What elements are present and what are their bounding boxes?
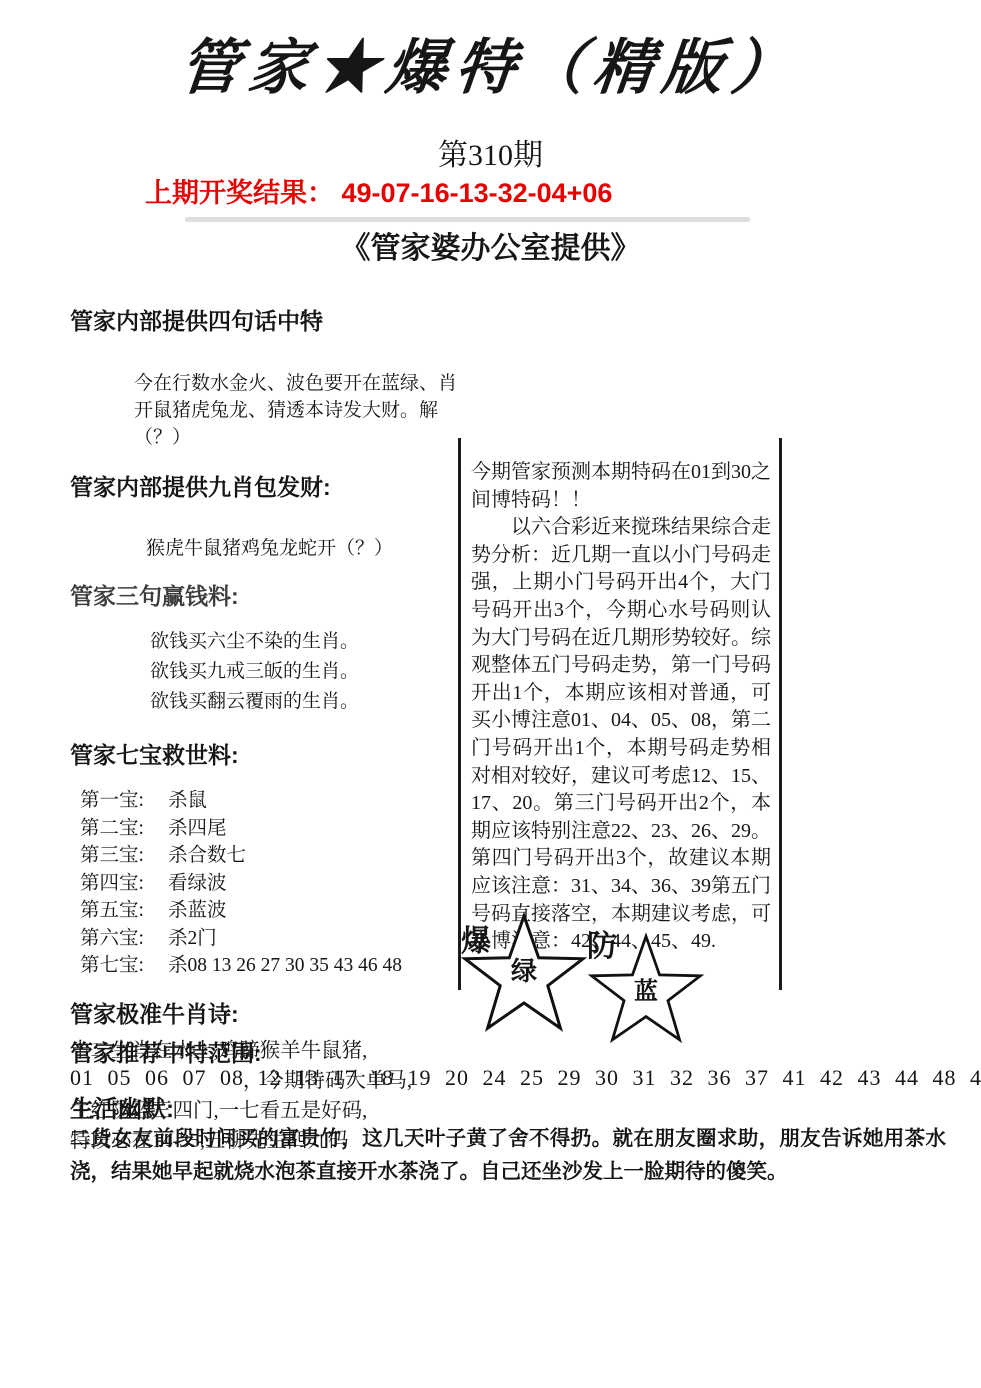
section-heading-nine-zodiac: 管家内部提供九肖包发财: — [70, 469, 470, 502]
treasure-row: 第四宝:看绿波 — [80, 870, 470, 898]
treasure-value: 杀四尾 — [168, 815, 227, 843]
treasure-row: 第三宝:杀合数七 — [80, 842, 470, 870]
treasure-label: 第四宝: — [80, 870, 168, 898]
star-badges: 爆 绿 防 蓝 — [458, 903, 798, 1048]
treasure-label: 第一宝: — [80, 787, 168, 815]
treasure-label: 第七宝: — [80, 952, 168, 980]
section-heading-three-money: 管家三句赢钱料: — [70, 578, 470, 611]
treasure-label: 第二宝: — [80, 815, 168, 843]
three-money-lines: 欲钱买六尘不染的生肖。 欲钱买九戒三皈的生肖。 欲钱买翻云覆雨的生肖。 — [150, 627, 470, 717]
three-money-line: 欲钱买九戒三皈的生肖。 — [150, 657, 470, 687]
three-money-line: 欲钱买翻云覆雨的生肖。 — [150, 687, 470, 717]
recommend-range-numbers: 01 05 06 07 08 12 13 17 18 19 20 24 25 2… — [70, 1065, 960, 1091]
left-column: 管家内部提供四句话中特 今在行数水金火、波色要开在蓝绿、肖开鼠猪虎兔龙、猜透本诗… — [70, 303, 470, 1156]
blue-star-text: 蓝 — [634, 977, 658, 1005]
nine-zodiac-text: 猴虎牛鼠猪鸡兔龙蛇开（？） — [146, 533, 470, 560]
green-star-text: 绿 — [511, 957, 537, 986]
treasure-row: 第二宝:杀四尾 — [80, 815, 470, 843]
treasure-value: 杀08 13 26 27 30 35 43 46 48 — [168, 952, 402, 980]
section-heading-ox-poem: 管家极准牛肖诗: — [70, 996, 470, 1029]
masthead-title: 管家★爆特（精版） — [0, 20, 981, 106]
lottery-tip-sheet: 管家★爆特（精版） 第310期 上期开奖结果： 49-07-16-13-32-0… — [0, 0, 981, 1388]
treasure-label: 第六宝: — [80, 925, 168, 953]
seven-treasures-list: 第一宝:杀鼠 第二宝:杀四尾 第三宝:杀合数七 第四宝:看绿波 第五宝:杀蓝波 … — [80, 787, 470, 980]
issue-number: 第310期 — [0, 130, 981, 174]
treasure-value: 杀2门 — [168, 925, 217, 953]
section-heading-seven-treasures: 管家七宝救世料: — [70, 737, 470, 770]
recommend-range-heading: 管家推荐中特范围: — [70, 1035, 262, 1068]
treasure-value: 杀合数七 — [168, 842, 246, 870]
treasure-label: 第五宝: — [80, 897, 168, 925]
last-draw-result: 上期开奖结果： 49-07-16-13-32-04+06 — [145, 171, 612, 210]
three-money-line: 欲钱买六尘不染的生肖。 — [150, 627, 470, 657]
provider-line: 《管家婆办公室提供》 — [0, 223, 981, 267]
treasure-row: 第一宝:杀鼠 — [80, 787, 470, 815]
smudge-divider — [185, 217, 750, 222]
analysis-paragraph-1: 今期管家预测本期特码在01到30之间博特码！！ — [471, 459, 771, 514]
treasure-row: 第六宝:杀2门 — [80, 925, 470, 953]
treasure-label: 第三宝: — [80, 842, 168, 870]
burst-label: 爆 — [461, 916, 491, 960]
section-heading-four-phrases: 管家内部提供四句话中特 — [70, 303, 470, 336]
treasure-value: 看绿波 — [168, 870, 227, 898]
treasure-row: 第七宝:杀08 13 26 27 30 35 43 46 48 — [80, 952, 470, 980]
treasure-row: 第五宝:杀蓝波 — [80, 897, 470, 925]
treasure-value: 杀蓝波 — [168, 897, 227, 925]
four-phrases-text: 今在行数水金火、波色要开在蓝绿、肖开鼠猪虎兔龙、猜透本诗发大财。解（？） — [134, 368, 470, 449]
humor-heading: 生活幽默: — [70, 1089, 174, 1124]
analysis-paragraph-2: 以六合彩近来搅珠结果综合走势分析：近几期一直以小门号码走强，上期小门号码开出4个… — [471, 514, 771, 956]
treasure-value: 杀鼠 — [168, 787, 207, 815]
guard-label: 防 — [587, 921, 617, 965]
humor-text: 二货女友前段时间买的富贵竹，这几天叶子黄了舍不得扔。就在朋友圈求助，朋友告诉她用… — [70, 1123, 946, 1189]
